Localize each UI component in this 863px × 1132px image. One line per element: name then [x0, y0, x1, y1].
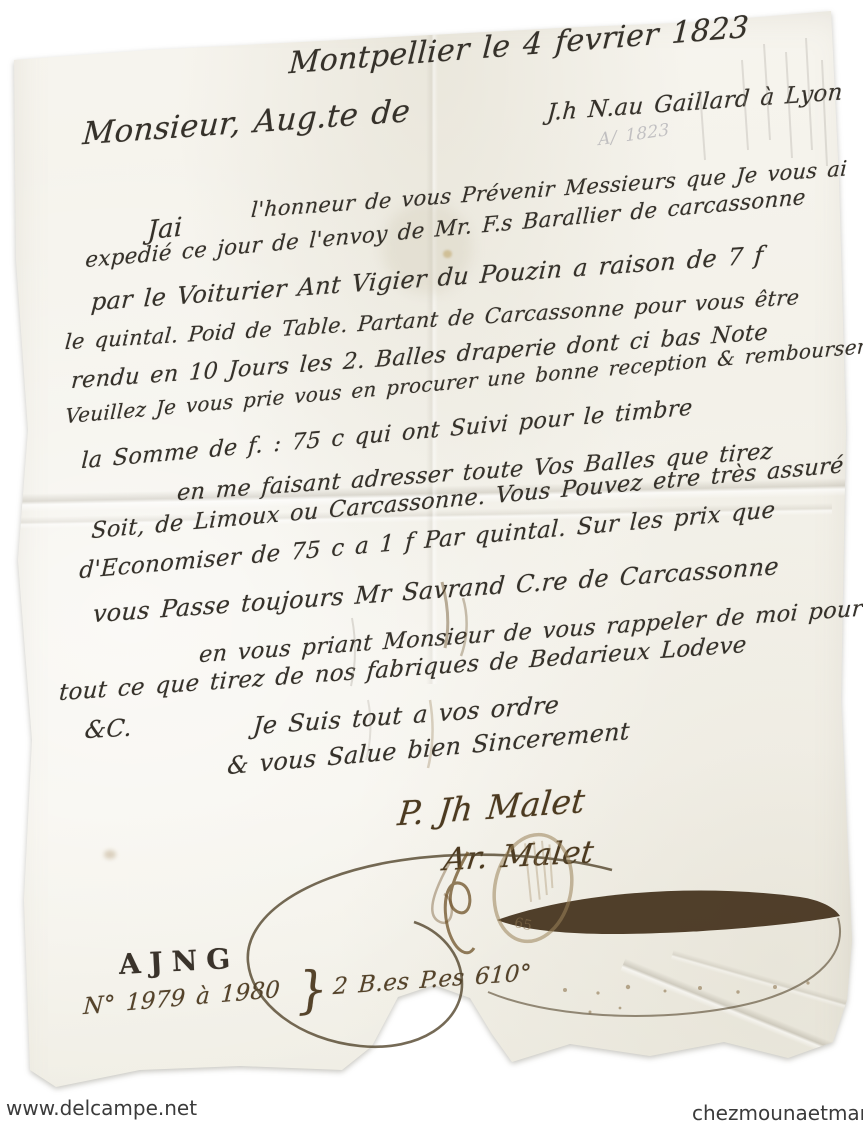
watermark-delcampe: www.delcampe.net: [6, 1096, 197, 1120]
bottom-right-fold-2: [671, 950, 863, 1020]
printed-code-ajng: AJNG: [118, 942, 240, 981]
closing-etc: &C.: [84, 714, 134, 745]
paper-stain: [104, 850, 116, 859]
watermark-seller: chezmounaetmarie: [692, 1101, 863, 1125]
scanned-letter-view: Montpellier le 4 fevrier 1823 Monsieur, …: [0, 0, 863, 1132]
ink-stain: [443, 250, 452, 258]
brace-mark: }: [294, 960, 330, 1020]
bottom-right-fold: [620, 958, 863, 1083]
